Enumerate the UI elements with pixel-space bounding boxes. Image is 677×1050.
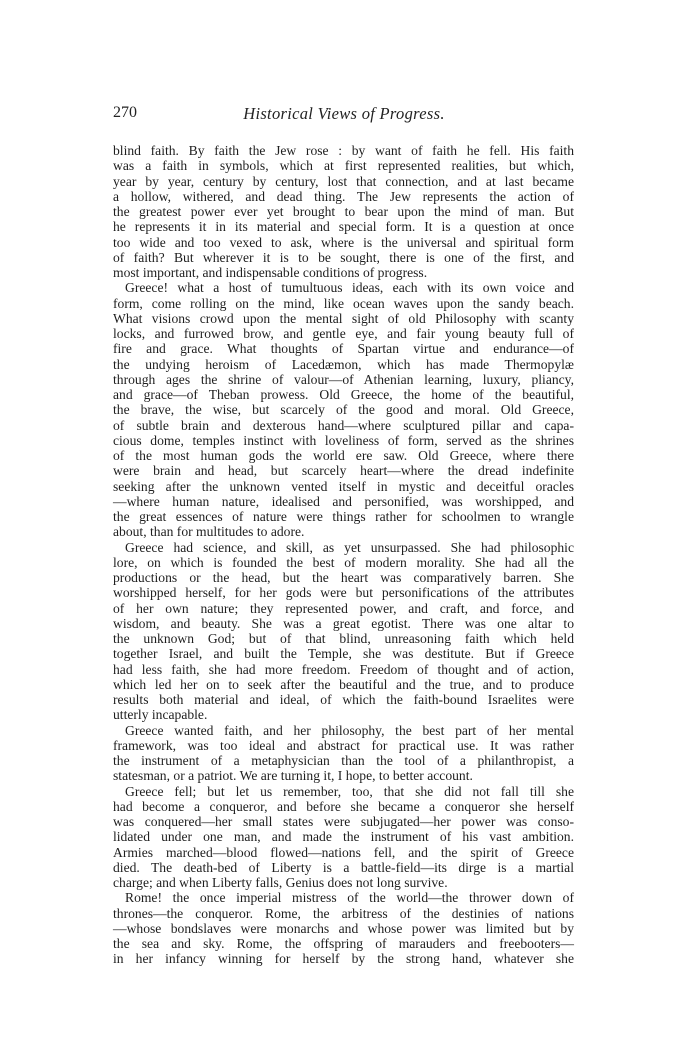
text-line: year by year, century by century, lost t… (113, 174, 574, 189)
text-line: wisdom, and beauty. She was a great egot… (113, 616, 574, 631)
text-line: of her own nature; they represented powe… (113, 601, 574, 616)
text-line: the undying heroism of Lacedæmon, which … (113, 357, 574, 372)
text-line: productions or the head, but the heart w… (113, 570, 574, 585)
text-line: was a faith in symbols, which at first r… (113, 158, 574, 173)
text-line: was conquered—her small states were subj… (113, 814, 574, 829)
text-line: Greece had science, and skill, as yet un… (113, 540, 574, 555)
text-line: lidated under one man, and made the inst… (113, 829, 574, 844)
text-line: had become a conqueror, and before she b… (113, 799, 574, 814)
text-line: Greece fell; but let us remember, too, t… (113, 784, 574, 799)
text-line: utterly incapable. (113, 707, 574, 722)
text-line: of the most human gods the world ere saw… (113, 448, 574, 463)
text-line: charge; and when Liberty falls, Genius d… (113, 875, 574, 890)
text-line: cious dome, temples instinct with loveli… (113, 433, 574, 448)
text-line: the greatest power ever yet brought to b… (113, 204, 574, 219)
text-line: Armies marched—blood flowed—nations fell… (113, 845, 574, 860)
text-line: the sea and sky. Rome, the offspring of … (113, 936, 574, 951)
text-line: a hollow, withered, and dead thing. The … (113, 189, 574, 204)
text-line: framework, was too ideal and abstract fo… (113, 738, 574, 753)
text-line: died. The death-bed of Liberty is a batt… (113, 860, 574, 875)
text-line: form, come rolling on the mind, like oce… (113, 296, 574, 311)
text-line: together Israel, and built the Temple, s… (113, 646, 574, 661)
text-line: he represents it in its material and spe… (113, 219, 574, 234)
page-header: 270 Historical Views of Progress. (113, 104, 575, 124)
text-line: Rome! the once imperial mistress of the … (113, 890, 574, 905)
text-line: thrones—the conqueror. Rome, the arbitre… (113, 906, 574, 921)
text-line: blind faith. By faith the Jew rose : by … (113, 143, 574, 158)
text-line: most important, and indispensable condit… (113, 265, 574, 280)
text-line: lore, on which is founded the best of mo… (113, 555, 574, 570)
text-line: locks, and furrowed brow, and gentle eye… (113, 326, 574, 341)
text-line: which led her on to seek after the beaut… (113, 677, 574, 692)
text-line: Greece! what a host of tumultuous ideas,… (113, 280, 574, 295)
text-line: —where human nature, idealised and perso… (113, 494, 574, 509)
text-line: too wide and too vexed to ask, where is … (113, 235, 574, 250)
text-line: seeking after the unknown vented itself … (113, 479, 574, 494)
running-title: Historical Views of Progress. (113, 104, 575, 124)
text-line: the great essences of nature were things… (113, 509, 574, 524)
text-line: results both material and ideal, of whic… (113, 692, 574, 707)
text-line: statesman, or a patriot. We are turning … (113, 768, 574, 783)
text-line: the unknown God; but of that blind, unre… (113, 631, 574, 646)
text-line: What visions crowd upon the mental sight… (113, 311, 574, 326)
text-line: through ages the shrine of valour—of Ath… (113, 372, 574, 387)
text-line: and grace—of Theban prowess. Old Greece,… (113, 387, 574, 402)
text-line: fire and grace. What thoughts of Spartan… (113, 341, 574, 356)
text-line: about, than for multitudes to adore. (113, 524, 574, 539)
book-page: 270 Historical Views of Progress. blind … (0, 0, 677, 1050)
text-line: —whose bondslaves were monarchs and whos… (113, 921, 574, 936)
text-line: the instrument of a metaphysician than t… (113, 753, 574, 768)
text-line: Greece wanted faith, and her philosophy,… (113, 723, 574, 738)
text-line: of faith? But wherever it is to be sough… (113, 250, 574, 265)
text-line: had less faith, she had more freedom. Fr… (113, 662, 574, 677)
body-text: blind faith. By faith the Jew rose : by … (113, 143, 574, 967)
text-line: the brave, the wise, but scarcely of the… (113, 402, 574, 417)
text-line: were brain and head, but scarcely heart—… (113, 463, 574, 478)
text-line: of subtle brain and dexterous hand—where… (113, 418, 574, 433)
text-line: in her infancy winning for herself by th… (113, 951, 574, 966)
text-line: worshipped herself, for her gods were bu… (113, 585, 574, 600)
